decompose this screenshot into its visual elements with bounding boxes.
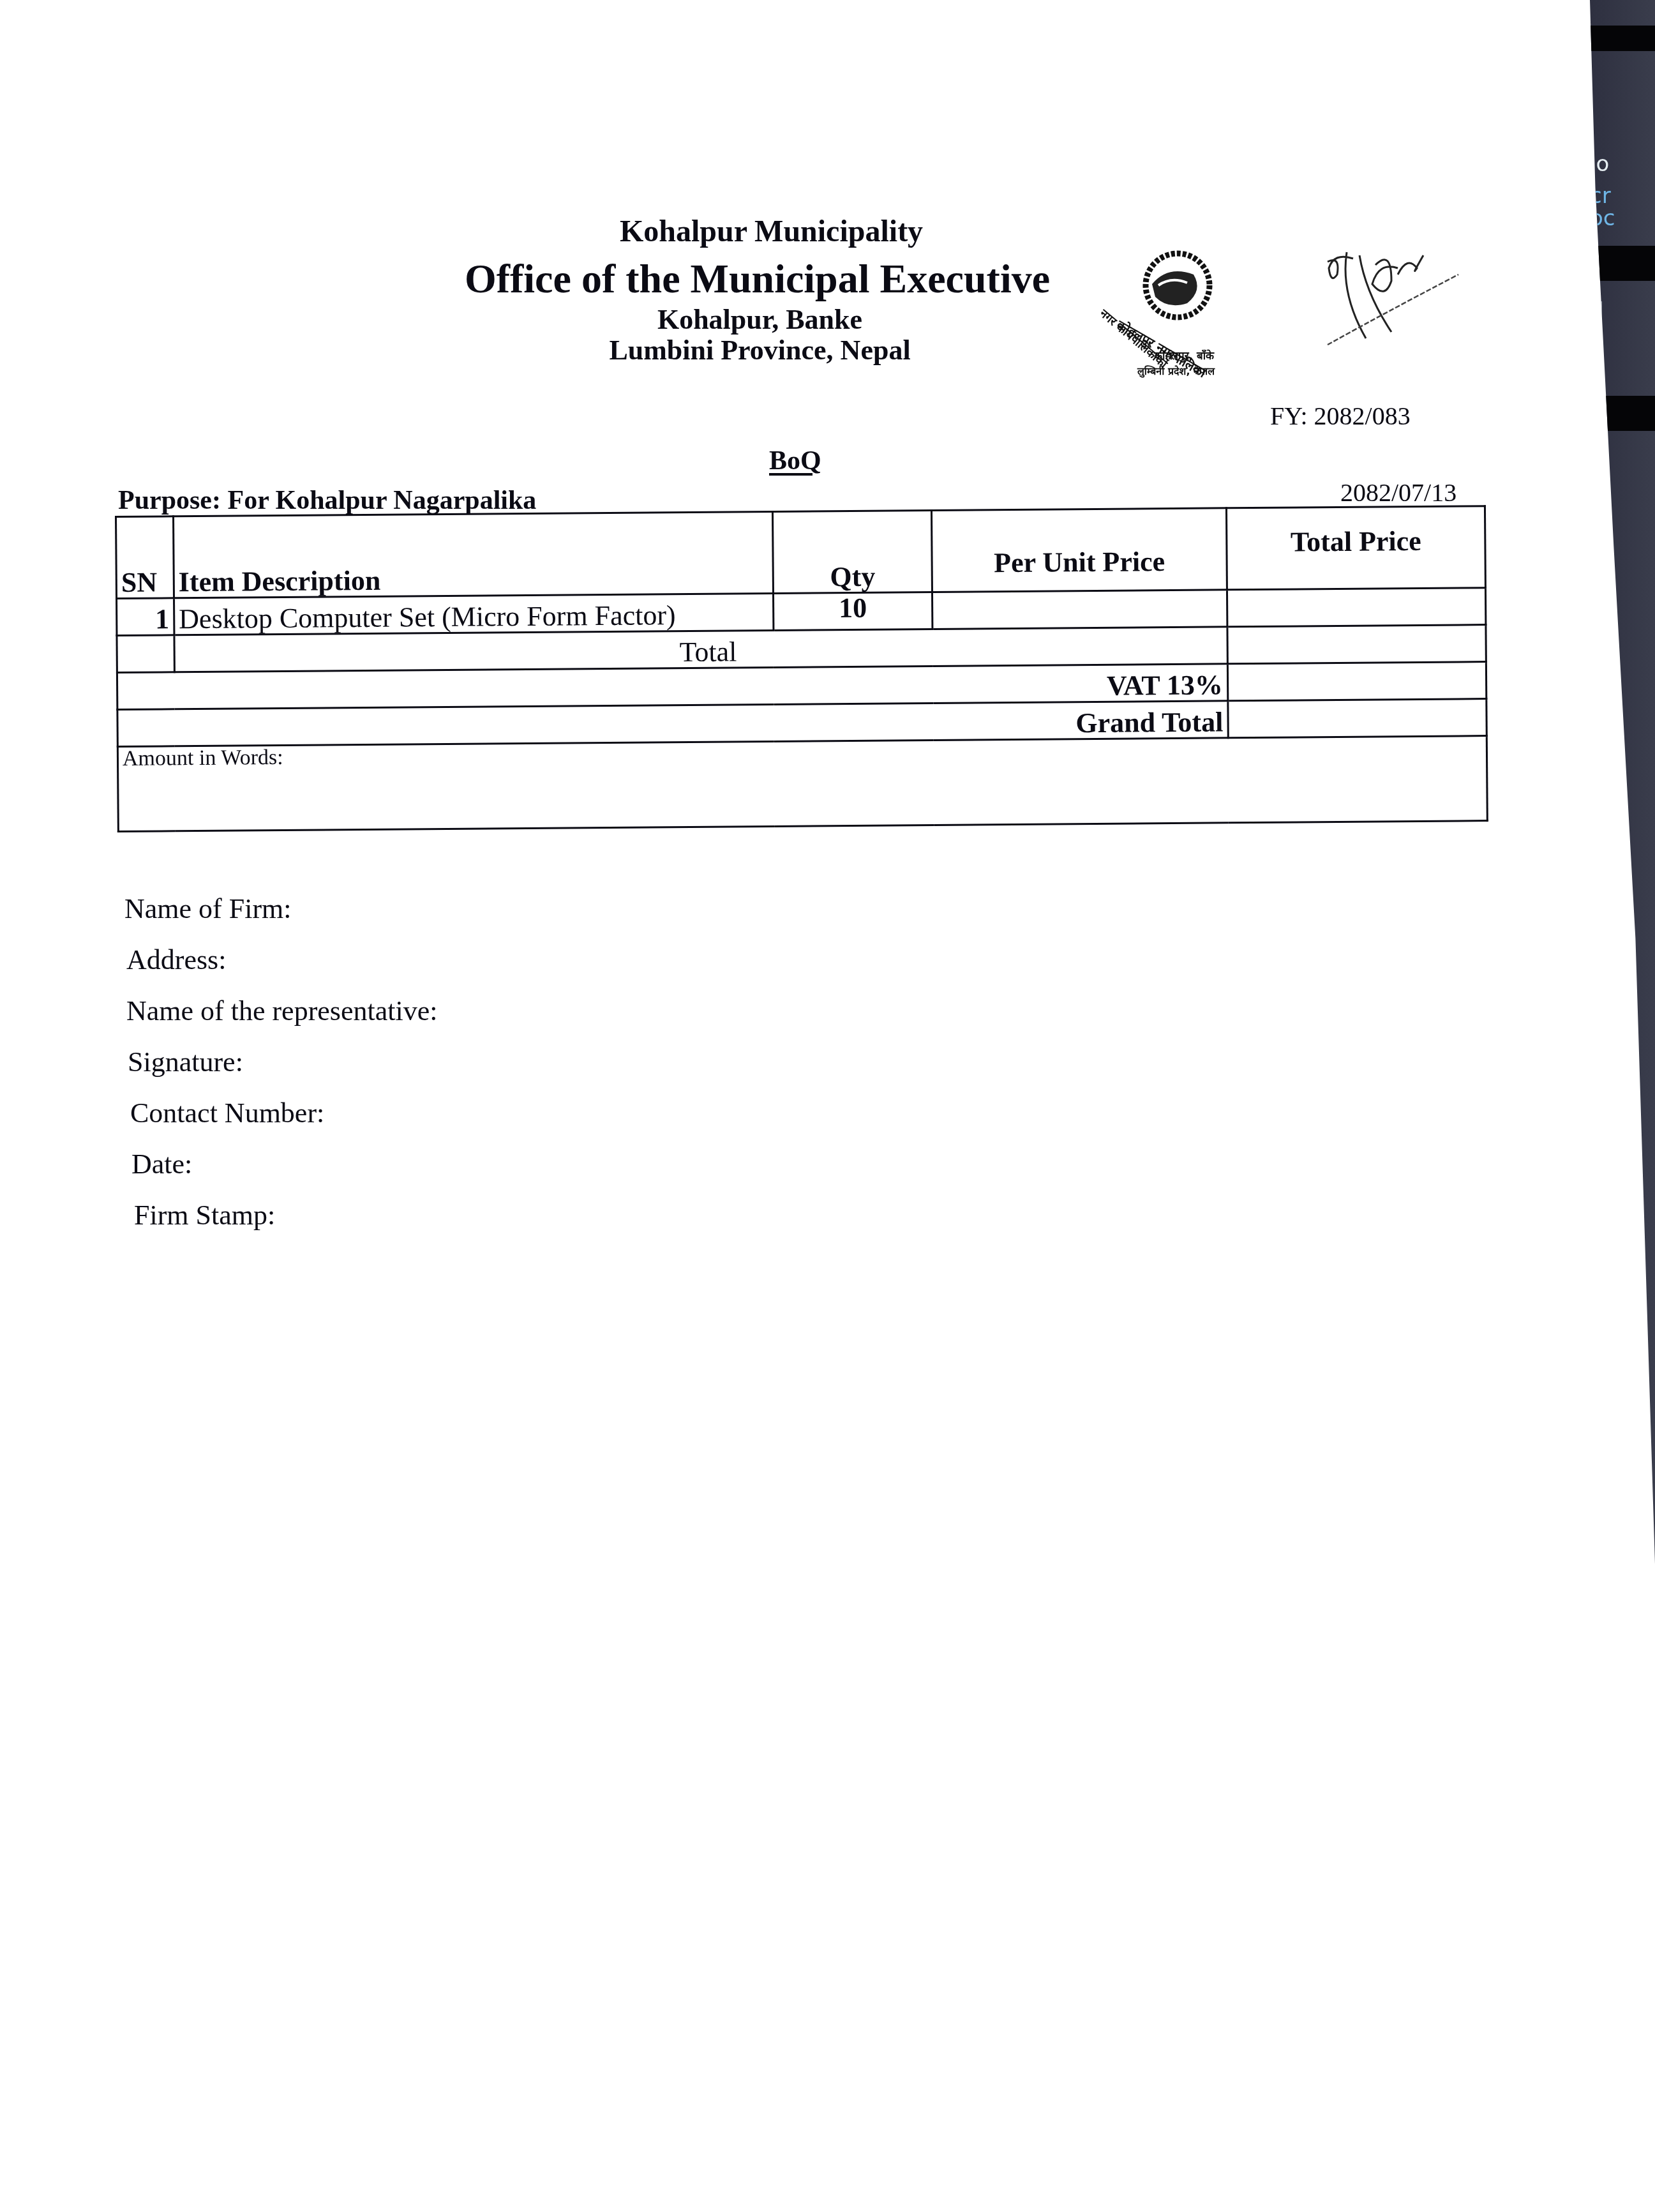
row-sn: 1 [117, 598, 174, 636]
field-firm-stamp: Firm Stamp: [134, 1199, 275, 1231]
row-total-price[interactable] [1227, 588, 1486, 627]
total-value[interactable] [1227, 625, 1487, 664]
row-qty: 10 [773, 592, 932, 630]
col-header-item: Item Description [173, 511, 773, 598]
vat-value[interactable] [1227, 662, 1487, 701]
col-header-total-price: Total Price [1226, 506, 1485, 590]
total-sn-cell [117, 635, 174, 673]
purpose-line: Purpose: For Kohalpur Nagarpalika [118, 485, 536, 516]
field-date: Date: [131, 1148, 192, 1180]
col-header-unit-price: Per Unit Price [932, 508, 1227, 592]
edge-text: d [1590, 300, 1604, 322]
col-header-sn: SN [116, 516, 174, 599]
document-date: 2082/07/13 [1340, 478, 1457, 508]
row-item: Desktop Computer Set (Micro Form Factor) [174, 593, 773, 635]
boq-table: SN Item Description Qty Per Unit Price T… [115, 505, 1488, 832]
field-address: Address: [126, 944, 226, 976]
field-representative-name: Name of the representative: [126, 995, 437, 1027]
table-header-row: SN Item Description Qty Per Unit Price T… [116, 506, 1486, 599]
svg-text:लुम्बिनी प्रदेश, नेपाल: लुम्बिनी प्रदेश, नेपाल [1137, 365, 1215, 378]
svg-text:कोहलपुर, बाँके: कोहलपुर, बाँके [1153, 349, 1215, 363]
grand-total-value[interactable] [1228, 699, 1487, 738]
municipality-name: Kohalpur Municipality [0, 214, 1599, 249]
official-seal-icon: कोहलपुर नगरपालिका नगर कार्यपालिकाको कोहल… [1098, 246, 1245, 380]
amount-in-words-label: Amount in Words: [123, 746, 283, 771]
signature-icon [1321, 249, 1462, 357]
amount-in-words[interactable]: Amount in Words: [117, 736, 1487, 832]
edge-text: lo [1590, 153, 1609, 175]
field-signature: Signature: [128, 1046, 243, 1078]
col-header-qty: Qty [772, 510, 932, 593]
fiscal-year: FY: 2082/083 [1270, 401, 1411, 431]
edge-band [1546, 26, 1655, 51]
edge-band [1546, 396, 1655, 431]
amount-in-words-row: Amount in Words: [117, 736, 1487, 832]
field-name-of-firm: Name of Firm: [124, 892, 292, 925]
row-unit-price[interactable] [932, 590, 1227, 629]
edge-text: cr [1590, 185, 1611, 207]
field-contact-number: Contact Number: [130, 1097, 324, 1129]
document-title: BoQ [769, 446, 821, 476]
